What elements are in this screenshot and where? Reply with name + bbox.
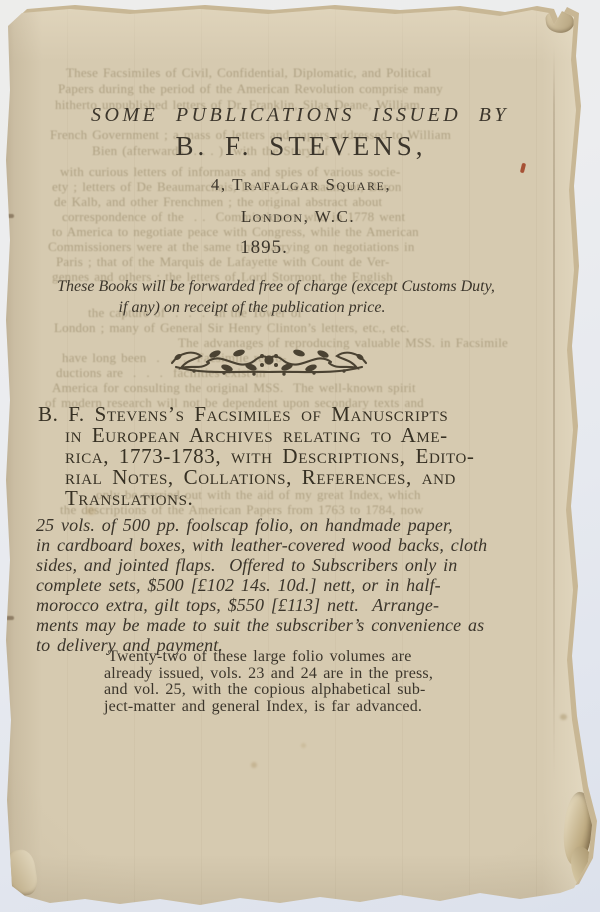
floral-ornament-icon [166,345,372,377]
heading-line: Translations. [65,488,474,509]
heading-line: B. F. Stevens’s Facsimiles of Manuscript… [38,404,474,425]
kicker-title: SOME PUBLICATIONS ISSUED BY [8,104,592,127]
publication-year: 1895. [0,237,556,259]
catalogue-heading: B. F. Stevens’s Facsimiles of Manuscript… [38,404,474,509]
offer-line: ments may be made to suit the subscriber… [36,615,487,635]
pamphlet-page: These Facsimiles of Civil, Confidential,… [0,0,600,912]
heading-line: in European Archives relating to Ame- [65,425,474,446]
offer-line: 25 vols. of 500 pp. foolscap folio, on h… [36,515,487,535]
status-line: Twenty-two of these large folio volumes … [104,649,433,666]
offer-line: morocco extra, gilt tops, $550 [£113] ne… [36,595,487,615]
offer-paragraph: 25 vols. of 500 pp. foolscap folio, on h… [36,515,487,655]
publication-status-paragraph: Twenty-two of these large folio volumes … [104,649,433,715]
heading-line: rica, 1773-1783, with Descriptions, Edit… [65,446,474,467]
offer-line: complete sets, $500 [£102 14s. 10d.] net… [36,575,487,595]
offer-line: sides, and jointed flaps. Offered to Sub… [36,555,487,575]
status-line: and vol. 25, with the copious alphabetic… [104,682,433,699]
offer-line: in cardboard boxes, with leather-covered… [36,535,487,555]
printed-content: SOME PUBLICATIONS ISSUED BY B. F. STEVEN… [0,0,600,912]
status-line: ject-matter and general Index, is far ad… [104,699,433,716]
heading-line: rial Notes, Collations, References, and [65,467,474,488]
publisher-name: B. F. STEVENS, [9,131,593,162]
shipping-notice-line-2: if any) on receipt of the publication pr… [0,299,544,317]
address-line-1: 4, Trafalgar Square, [9,175,593,195]
status-line: already issued, vols. 23 and 24 are in t… [104,666,433,683]
shipping-notice-line-1: These Books will be forwarded free of ch… [0,278,568,296]
document-photo: These Facsimiles of Civil, Confidential,… [0,0,600,912]
address-line-2: London, W.C. [6,207,590,227]
